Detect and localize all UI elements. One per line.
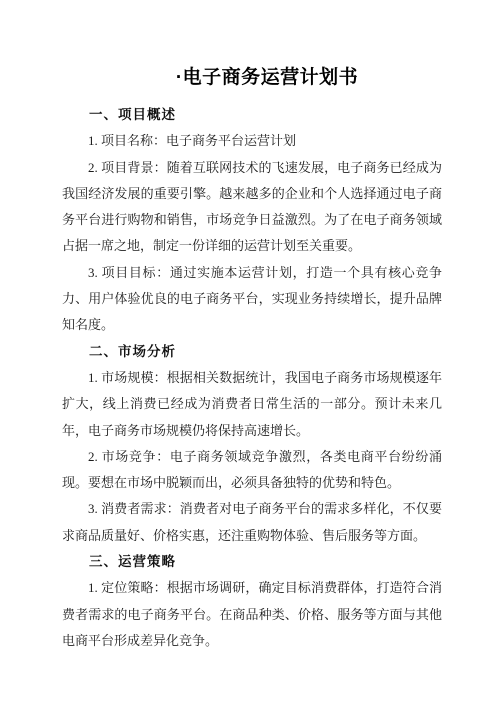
section-operation-strategy: 三、运营策略 1. 定位策略：根据市场调研，确定目标消费群体，打造符合消费者需求… xyxy=(62,549,442,654)
paragraph-market-competition: 2. 市场竞争：电子商务领域竞争激烈，各类电商平台纷纷涌现。要想在市场中脱颖而出… xyxy=(62,444,442,497)
section-heading-operation-strategy: 三、运营策略 xyxy=(62,549,442,575)
document-page: ·电子商务运营计划书 一、项目概述 1. 项目名称：电子商务平台运营计划 2. … xyxy=(0,0,500,707)
section-heading-market-analysis: 二、市场分析 xyxy=(62,339,442,365)
paragraph-market-size: 1. 市场规模：根据相关数据统计，我国电子商务市场规模逐年扩大，线上消费已经成为… xyxy=(62,365,442,444)
section-market-analysis: 二、市场分析 1. 市场规模：根据相关数据统计，我国电子商务市场规模逐年扩大，线… xyxy=(62,339,442,549)
paragraph-project-name: 1. 项目名称：电子商务平台运营计划 xyxy=(62,128,442,154)
paragraph-project-background: 2. 项目背景：随着互联网技术的飞速发展，电子商务已经成为我国经济发展的重要引擎… xyxy=(62,155,442,260)
paragraph-project-goal: 3. 项目目标：通过实施本运营计划，打造一个具有核心竞争力、用户体验优良的电子商… xyxy=(62,260,442,339)
section-project-overview: 一、项目概述 1. 项目名称：电子商务平台运营计划 2. 项目背景：随着互联网技… xyxy=(62,102,442,339)
document-title: ·电子商务运营计划书 xyxy=(62,64,442,92)
paragraph-consumer-demand: 3. 消费者需求：消费者对电子商务平台的需求多样化，不仅要求商品质量好、价格实惠… xyxy=(62,496,442,549)
section-heading-project-overview: 一、项目概述 xyxy=(62,102,442,128)
paragraph-positioning-strategy: 1. 定位策略：根据市场调研，确定目标消费群体，打造符合消费者需求的电子商务平台… xyxy=(62,575,442,654)
